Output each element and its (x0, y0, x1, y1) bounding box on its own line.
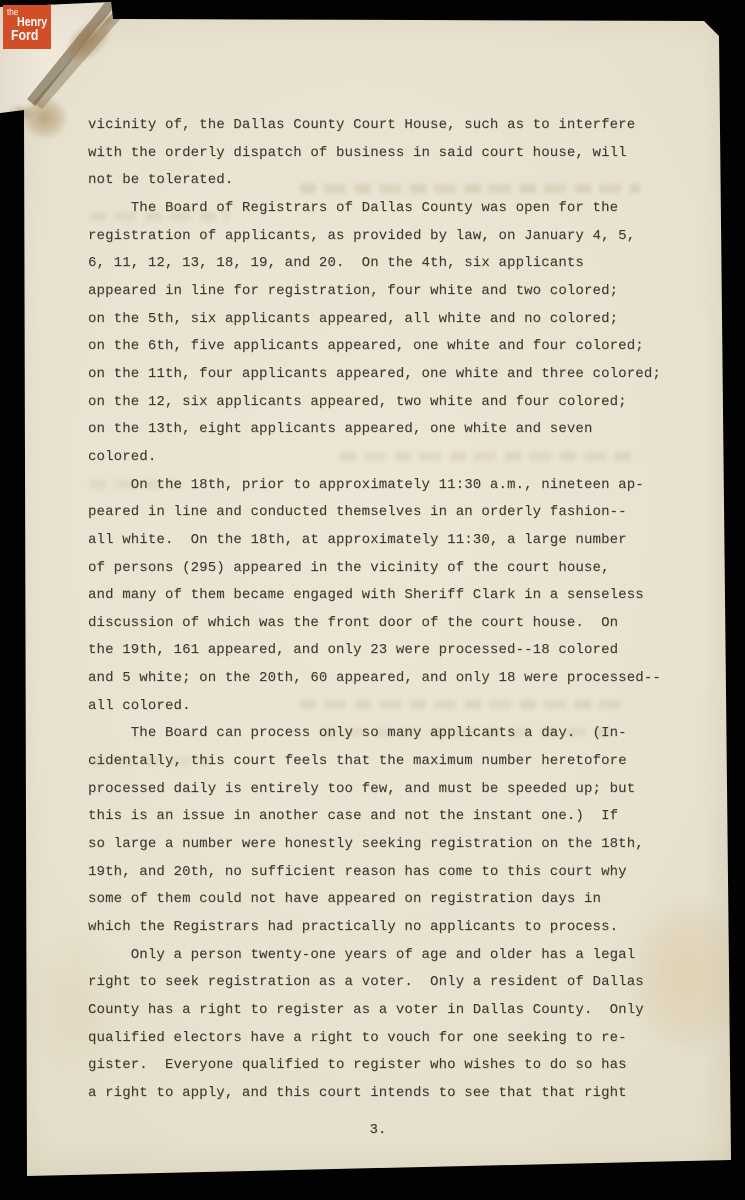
page-number: 3. (88, 1122, 668, 1138)
document-page: vicinity of, the Dallas County Court Hou… (0, 0, 745, 1200)
scanned-document: vicinity of, the Dallas County Court Hou… (0, 0, 745, 1200)
logo-text-ford: Ford (11, 27, 38, 44)
henry-ford-logo: the Henry Ford (3, 5, 51, 49)
typewritten-text: vicinity of, the Dallas County Court Hou… (88, 112, 688, 1108)
